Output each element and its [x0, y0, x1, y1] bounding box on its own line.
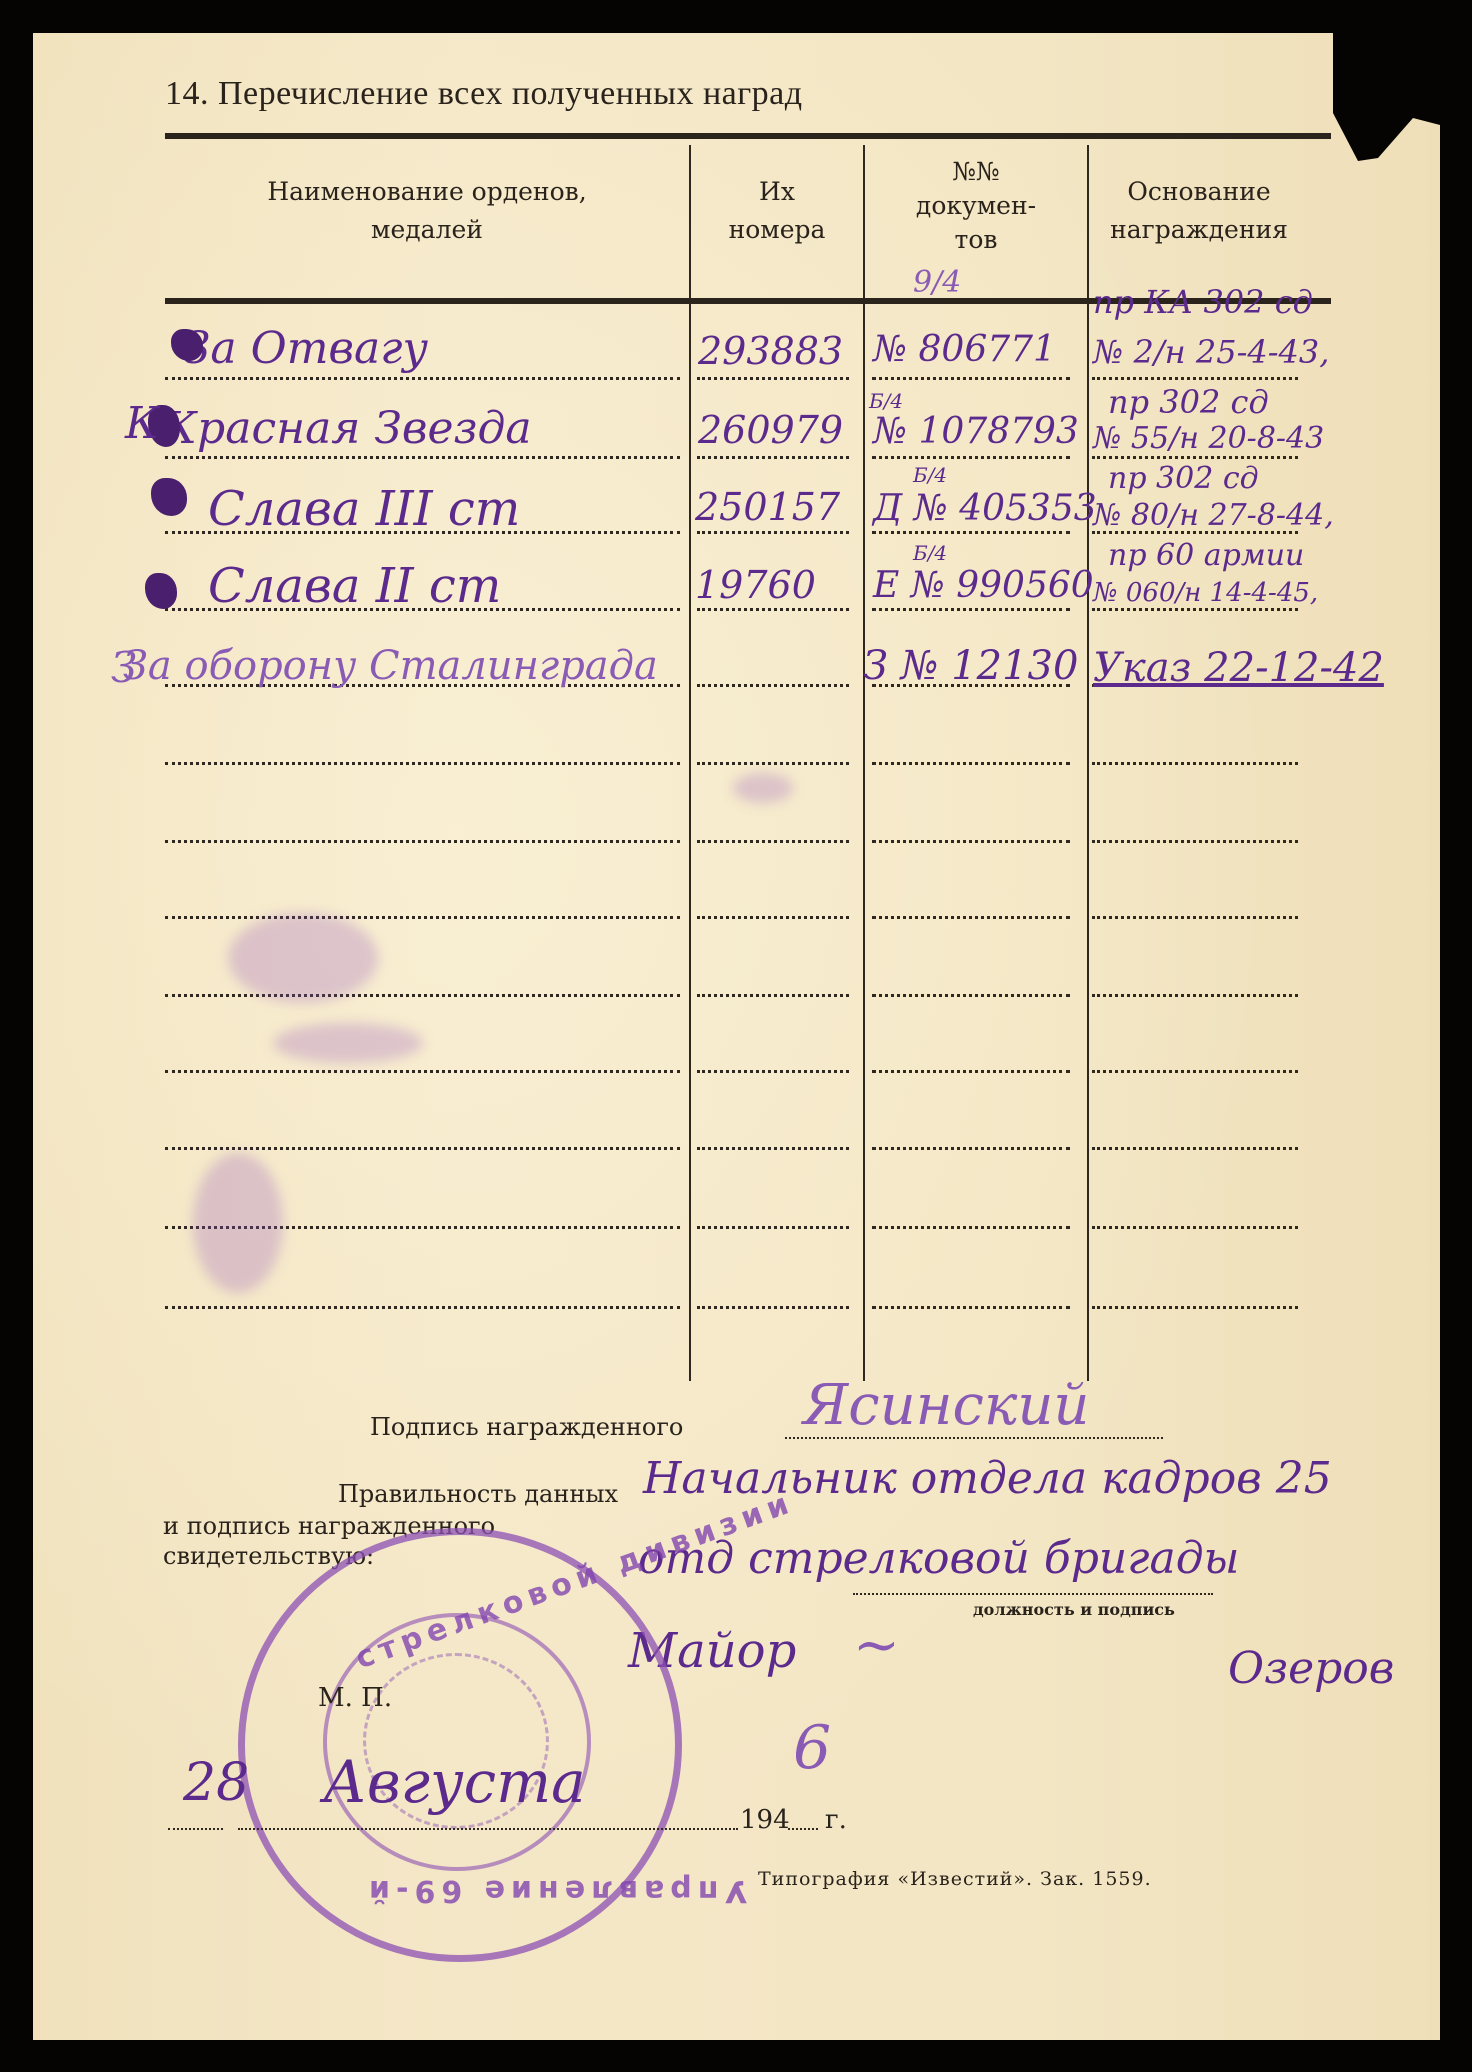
row-dotted-line: [1092, 1147, 1298, 1150]
header-numbers-line1: Их: [691, 173, 863, 211]
row-dotted-line: [872, 1147, 1070, 1150]
row-dotted-line: [165, 1306, 680, 1309]
row-dotted-line: [1092, 1070, 1298, 1073]
header-basis-line2: награждения: [1089, 211, 1309, 249]
row-dotted-line: [697, 377, 849, 380]
date-day-line: [168, 1828, 223, 1830]
row-dotted-line: [1092, 916, 1298, 919]
ink-stain: [733, 773, 793, 803]
row-dotted-line: [697, 1226, 849, 1229]
row-dotted-line: [872, 916, 1070, 919]
row-2-document: № 1078793: [873, 411, 1079, 452]
header-basis: Основание награждения: [1089, 173, 1309, 249]
header-documents-line2: докумен-: [865, 189, 1087, 223]
date-month-line: [238, 1828, 738, 1830]
section-title: 14. Перечисление всех полученных наград: [165, 75, 803, 113]
row-3-award-name: Слава III ст: [208, 481, 520, 537]
header-award-name-line1: Наименование орденов,: [165, 173, 689, 211]
row-dotted-line: [872, 531, 1070, 534]
title-rule: [165, 133, 1331, 139]
margin-mark-1: К: [125, 398, 159, 449]
row-3-document: Д № 405353: [873, 488, 1097, 529]
row-dotted-line: [165, 377, 680, 380]
header-documents-line3: тов: [865, 223, 1087, 257]
row-dotted-line: [872, 456, 1070, 459]
ink-stain: [228, 913, 378, 1003]
header-numbers-line2: номера: [691, 211, 863, 249]
header-award-name-line2: медалей: [165, 211, 689, 249]
row-dotted-line: [872, 608, 1070, 611]
row-dotted-line: [1092, 1226, 1298, 1229]
row-1-document: № 806771: [873, 329, 1056, 370]
row-dotted-line: [165, 840, 680, 843]
row-dotted-line: [697, 531, 849, 534]
row-1-basis-line1: пр КА 302 сд: [1093, 283, 1313, 321]
row-dotted-line: [1092, 377, 1298, 380]
row-2-document-prefix: Б/4: [869, 389, 903, 413]
row-5-award-name: За оборону Сталинграда: [123, 643, 658, 689]
row-dotted-line: [1092, 1306, 1298, 1309]
row-dotted-line: [1092, 608, 1298, 611]
recipient-signature-label: Подпись награжденного: [370, 1413, 683, 1441]
row-dotted-line: [872, 762, 1070, 765]
row-dotted-line: [697, 916, 849, 919]
date-month: Августа: [323, 1748, 586, 1816]
row-dotted-line: [697, 1070, 849, 1073]
row-1-number: 293883: [698, 329, 843, 373]
position-signature-line: [853, 1593, 1213, 1595]
seal-label: М. П.: [318, 1683, 392, 1713]
officer-position-line1: Начальник отдела кадров 25: [643, 1453, 1332, 1504]
margin-mark-2: З: [111, 643, 137, 692]
row-3-document-prefix: Б/4: [913, 463, 947, 487]
row-dotted-line: [165, 916, 680, 919]
row-dotted-line: [1092, 762, 1298, 765]
ink-blot: [171, 329, 203, 361]
row-dotted-line: [697, 840, 849, 843]
row-dotted-line: [697, 456, 849, 459]
column-divider-2: [863, 145, 865, 1381]
row-4-basis-line2: № 060/н 14-4-45,: [1093, 578, 1318, 608]
row-dotted-line: [872, 377, 1070, 380]
header-award-name: Наименование орденов, медалей: [165, 173, 689, 249]
date-day: 28: [183, 1753, 249, 1813]
row-dotted-line: [697, 762, 849, 765]
row-4-document-prefix: Б/4: [913, 541, 947, 565]
row-dotted-line: [697, 994, 849, 997]
row-4-award-name: Слава II ст: [208, 558, 501, 614]
ink-blot: [151, 478, 187, 516]
row-dotted-line: [1092, 840, 1298, 843]
ink-stain: [193, 1153, 283, 1293]
row-dotted-line: [872, 1070, 1070, 1073]
ink-stain: [273, 1023, 423, 1063]
row-dotted-line: [872, 1226, 1070, 1229]
recipient-signature: Ясинский: [803, 1373, 1089, 1438]
row-dotted-line: [872, 1306, 1070, 1309]
column-divider-1: [689, 145, 691, 1381]
row-2-number: 260979: [698, 408, 843, 452]
row-dotted-line: [872, 840, 1070, 843]
row-dotted-line: [1092, 994, 1298, 997]
award-document-page: 14. Перечисление всех полученных наград …: [33, 33, 1440, 2040]
row-dotted-line: [165, 456, 680, 459]
position-caption: должность и подпись: [973, 1600, 1175, 1619]
row-dotted-line: [165, 1147, 680, 1150]
date-year-prefix: 194: [740, 1805, 790, 1835]
row-3-basis-line1: пр 302 сд: [1108, 461, 1259, 496]
header-basis-line1: Основание: [1089, 173, 1309, 211]
officer-signature-scribble: ~: [853, 1613, 900, 1678]
certify-label: Правильность данных: [163, 1479, 618, 1509]
row-2-award-name: Красная Звезда: [163, 403, 532, 454]
ink-blot: [145, 573, 177, 609]
row-5-document: З № 12130: [863, 643, 1078, 689]
header-numbers: Их номера: [691, 173, 863, 249]
row-1-award-name: За Отвагу: [183, 323, 428, 374]
printing-imprint: Типография «Известий». Зак. 1559.: [758, 1868, 1152, 1890]
row-dotted-line: [872, 994, 1070, 997]
row-4-document: Е № 990560: [873, 565, 1094, 606]
year-abbr: г.: [825, 1805, 847, 1835]
row-dotted-line: [697, 608, 849, 611]
row-dotted-line: [1092, 456, 1298, 459]
date-year-line: [788, 1828, 818, 1830]
header-documents-line1: №№: [865, 155, 1087, 189]
header-documents: №№ докумен- тов: [865, 155, 1087, 257]
row-dotted-line: [165, 1070, 680, 1073]
row-dotted-line: [697, 1147, 849, 1150]
date-year-suffix: 6: [793, 1713, 831, 1783]
row-1-basis-line2: № 2/н 25-4-43,: [1093, 333, 1329, 371]
stamp-text-bottom: Управление 69-й: [363, 1873, 748, 1908]
row-dotted-line: [697, 684, 849, 687]
certify-label-line1: Правильность данных: [163, 1479, 618, 1509]
row-3-number: 250157: [695, 485, 840, 529]
row-2-basis-line1: пр 302 сд: [1108, 383, 1269, 421]
row-dotted-line: [165, 994, 680, 997]
row-dotted-line: [165, 762, 680, 765]
row-5-basis: Указ 22-12-42: [1093, 645, 1384, 691]
column-divider-3: [1087, 145, 1089, 1381]
officer-signature: Озеров: [1228, 1643, 1394, 1694]
row-4-number: 19760: [695, 563, 816, 607]
row-2-basis-line2: № 55/н 20-8-43: [1093, 421, 1324, 456]
header-note: 9/4: [913, 265, 961, 300]
row-4-basis-line1: пр 60 армии: [1108, 538, 1304, 573]
row-3-basis-line2: № 80/н 27-8-44,: [1093, 498, 1334, 533]
row-dotted-line: [697, 1306, 849, 1309]
